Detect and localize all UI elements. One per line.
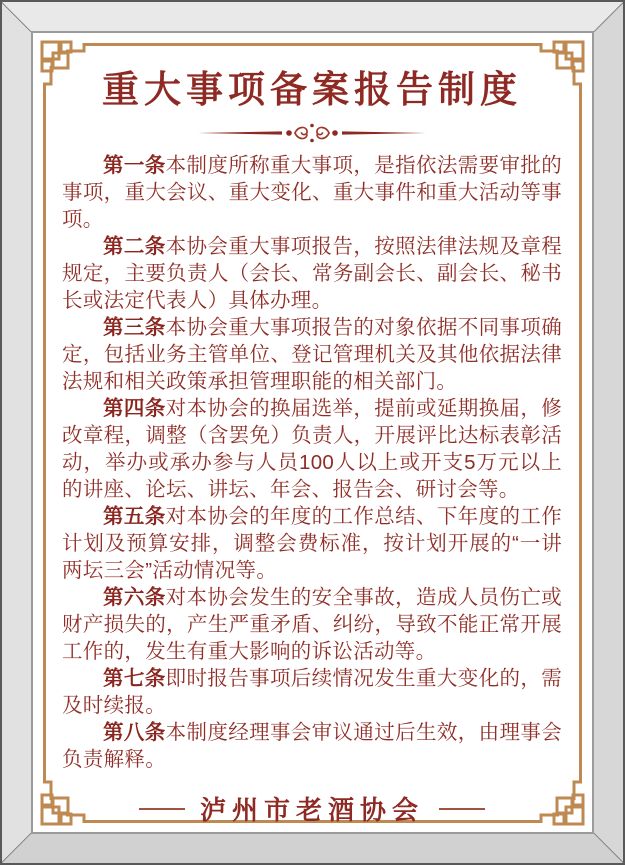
poster-title: 重大事项备案报告制度 [62,67,562,113]
article-number: 第二条 [103,235,166,258]
article-number: 第六条 [103,586,166,609]
poster-content: 重大事项备案报告制度 第一条本制度 [33,33,592,832]
article-paragraph: 第一条本制度所称重大事项，是指依法需要审批的事项，重大会议、重大变化、重大事件和… [62,152,562,233]
article-number: 第八条 [103,721,166,744]
footer-dash-left [139,808,185,810]
article-paragraph: 第五条对本协会的年度的工作总结、下年度的工作计划及预算安排，调整会费标准，按计划… [62,503,562,584]
organization-name: 泸州市老酒协会 [200,790,424,827]
article-number: 第四条 [103,397,166,420]
article-number: 第七条 [103,667,166,690]
article-paragraph: 第六条对本协会发生的安全事故，造成人员伤亡或财产损失的，产生严重矛盾、纠纷，导致… [62,584,562,665]
article-number: 第三条 [103,316,166,339]
article-paragraph: 第四条对本协会的换届选举，提前或延期换届，修改章程，调整（含罢免）负责人，开展评… [62,395,562,503]
article-number: 第一条 [103,154,166,177]
article-list: 第一条本制度所称重大事项，是指依法需要审批的事项，重大会议、重大变化、重大事件和… [62,152,562,773]
divider-flourish-icon [196,120,428,146]
title-divider [62,120,562,146]
footer-dash-right [439,808,485,810]
framed-poster: 重大事项备案报告制度 第一条本制度 [0,0,625,865]
article-paragraph: 第三条本协会重大事项报告的对象依据不同事项确定，包括业务主管单位、登记管理机关及… [62,314,562,395]
article-paragraph: 第二条本协会重大事项报告，按照法律法规及章程规定，主要负责人（会长、常务副会长、… [62,233,562,314]
article-number: 第五条 [103,505,166,528]
poster-footer: 泸州市老酒协会 [62,790,562,827]
article-paragraph: 第八条本制度经理事会审议通过后生效，由理事会负责解释。 [62,719,562,773]
article-paragraph: 第七条即时报告事项后续情况发生重大变化的，需及时续报。 [62,665,562,719]
